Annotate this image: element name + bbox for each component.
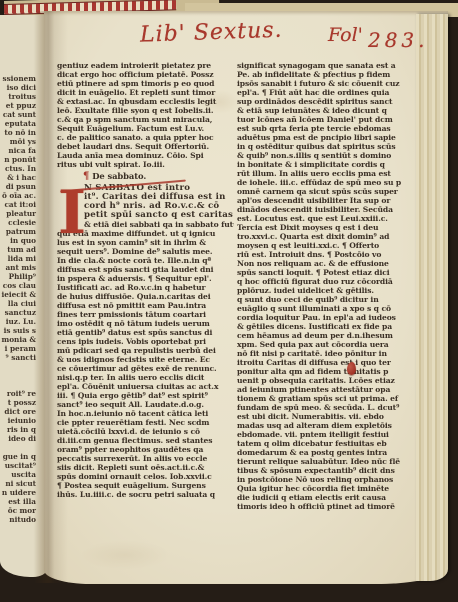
text-line: omnē carnem qa sicut spūs scūs super: [237, 187, 414, 196]
text-line: dicat ergo hoc officium pietatē. Possz: [57, 70, 234, 79]
text-line: [0, 371, 36, 380]
text-line: q sunt duo ceci de quib⁹ dicitur in: [237, 295, 414, 304]
text-line: ris in q: [0, 425, 36, 434]
text-line: q hoc officiū figurat duo ruz cōcordiā: [237, 277, 414, 286]
text-line: roit⁹ re: [0, 389, 36, 398]
text-line: cclesie: [0, 218, 36, 227]
text-line: t possz: [0, 398, 36, 407]
text-line: ideo di: [0, 434, 36, 443]
text-line: ieiunio: [0, 416, 36, 425]
text-line: c.& qa p spm sanctum sunt miracula,: [57, 115, 234, 124]
text-line: in pspera & aduersis. ¶ Sequitur epl'.: [57, 274, 234, 283]
text-line: ssionem: [0, 74, 36, 83]
text-line: de iohele. iii.c. effūdaz de spū meo su …: [237, 178, 414, 187]
text-line: cordia loquitur Pau. in epl'a ad iudeos: [237, 313, 414, 322]
text-line: Non nos reliquam ac. & de effusione: [237, 259, 414, 268]
text-line: est. Locutus est. que est Leui.xxiii.c.: [237, 214, 414, 223]
text-line: diffusa est spūs sancti gtia laudet dni: [57, 265, 234, 274]
text-line: ipsōs sanabit i futuro & sic cōuenit cuz: [237, 79, 414, 88]
text-line: uscitat⁹: [0, 461, 36, 470]
text-line: de huius diffusiōe. Quia.n.caritas dei: [57, 292, 234, 301]
text-line: nica fa: [0, 146, 36, 155]
text-line: i peram: [0, 344, 36, 353]
text-line: & uos idignos fecistis uite eterne. Ec: [57, 355, 234, 364]
text-line: aduētus pma est de pncipio libri sapie: [237, 133, 414, 142]
text-line: dicit in euāgelio. Et repleti sunt timor: [57, 88, 234, 97]
folio: Fol' 283.: [328, 22, 429, 46]
text-line: [0, 380, 36, 389]
text-line: in q ostēditur quibus dat spiritus scūs: [237, 142, 414, 151]
text-line: madas usq ad alteram diem expletōis: [237, 421, 414, 430]
text-line: leō. Exultate filie syon q est Iobelis.i…: [57, 106, 234, 115]
text-line: cos clau: [0, 281, 36, 290]
text-line: Philip⁹: [0, 272, 36, 281]
text-line: fines terr pmissionis tātum coartari: [57, 310, 234, 319]
text-line: est illa: [0, 497, 36, 506]
text-line: cat it:oi: [0, 200, 36, 209]
text-line: pplōruz. iudei uidelicet & gētilis.: [237, 286, 414, 295]
text-line: ō oīa ac.: [0, 191, 36, 200]
text-line: epl'a. Cōuēnit uniuersa ciuitas ac act.x: [57, 382, 234, 391]
text-line: est sub qrta feria pte tercie ebdomas: [237, 124, 414, 133]
text-line: sanctuz: [0, 308, 36, 317]
text-line: ni sicut: [0, 479, 36, 488]
text-line: c. de palitico sanato. a quia ppter hoc: [57, 133, 234, 142]
text-line: In die cla.& nocte corā te. Ille.n.in qª: [57, 256, 234, 265]
text-line: siis dicit. Repleti sunt oēs.act.ii.c.&: [57, 463, 234, 472]
fore-edge-pages: [416, 14, 448, 581]
text-line: sequit uers⁹. Domine de⁹ salutis mee.: [57, 247, 234, 256]
text-line: ebdomade. vii. pntem itelligit festiui: [237, 430, 414, 439]
text-line: rūt illum. In aliis uero ecclis pma est: [237, 169, 414, 178]
text-line: In hoc.n.ieiunio nō tacent cātica leti: [57, 409, 234, 418]
text-line: cie ppter reuerētiam festi. Nec scdm: [57, 418, 234, 427]
text-line: oram⁹ ppter neophitos gaudētes qa: [57, 445, 234, 454]
text-line: ctus. In: [0, 164, 36, 173]
text-line: uenit p obsequia caritatis. Lcōes etiaz: [237, 376, 414, 385]
text-line: imo ostēdit q nō tātum iudeis uerum: [57, 319, 234, 328]
text-line: xpm. Sed quia pax aut cōcordia uera: [237, 340, 414, 349]
text-line: tatem q olim dicebatur festiuitas eb: [237, 439, 414, 448]
red-wax-mark: [347, 362, 356, 375]
text-line: cens ipis iudeis. Vobis oportebat pri: [57, 337, 234, 346]
text-line: uscita: [0, 470, 36, 479]
rubricated-initial-I: I: [58, 184, 84, 242]
text-line: ieiecit &: [0, 290, 36, 299]
text-line: Tercia est Dixit moyses q est i deu: [237, 223, 414, 232]
text-line: iuz. Lu.: [0, 317, 36, 326]
text-line: & quib⁹ non.s.illis q sentiūt s domino: [237, 151, 414, 160]
text-line: is suis s: [0, 326, 36, 335]
text-line: mū pdicari sed qa repulistis uerbū dei: [57, 346, 234, 355]
left-paragraph-1: gentiuz eadem introierit pietatez predic…: [57, 61, 234, 169]
text-line: riū est. Introiuit dns. ¶ Postcōio vo: [237, 250, 414, 259]
text-line: eputata: [0, 119, 36, 128]
text-line: sup ordinādos descēdit spiritus sanct: [237, 97, 414, 106]
text-line: ihūs. Lu.iiii.c. de socru petri saluata …: [57, 490, 234, 499]
text-line: in postcōione Nō uos relinq orphanos: [237, 475, 414, 484]
text-line: tuor lcōnes añ lcōem Daniel' put dcm: [237, 115, 414, 124]
text-line: tionem & gratiam spūs sci ut prima. ef: [237, 394, 414, 403]
running-title: Lib' Sextus.: [140, 17, 291, 47]
text-line: et ppuz: [0, 101, 36, 110]
text-line: itroitu Caritas di diffusa est i quo ter: [237, 358, 414, 367]
text-line: nō fit nisi p caritatē. ideo pōnitur in: [237, 349, 414, 358]
text-line: fundam de spū meo. & secūda. L. dcut⁹: [237, 403, 414, 412]
text-line: in quo: [0, 236, 36, 245]
text-line: spūs sancti loquit. ¶ Potest etiaz dici: [237, 268, 414, 277]
text-line: Sequit Euāgelium. Factum est Lu.v.: [57, 124, 234, 133]
text-line: gentiuz eadem introierit pietatez pre: [57, 61, 234, 70]
text-line: tro.xxvi.c. Quarta est dixit domin⁹ ad: [237, 232, 414, 241]
text-line: apl'os descendit uisibiliter Ita sup or: [237, 196, 414, 205]
text-line: troitus: [0, 92, 36, 101]
text-line: ce cōuertimur ad gētes exē de renunc.: [57, 364, 234, 373]
text-line: dinādos descendit iuisibiliter. Secūda: [237, 205, 414, 214]
text-line: ponitur alta qm ad fidem trinitatis p: [237, 367, 414, 376]
text-line: nisi.q.p ter. In aliis uero ecclis dicit: [57, 373, 234, 382]
text-line: lida mi: [0, 254, 36, 263]
text-line: ⁹ sancti: [0, 353, 36, 362]
text-line: ritus ubi vult spirat. Io.iii.: [57, 160, 234, 169]
text-line: cat sunt: [0, 110, 36, 119]
text-line: Iustificati ac. ad Ro.v.c.in q habetur: [57, 283, 234, 292]
text-line: diffusa est nō pmittit eam Pau.intra: [57, 301, 234, 310]
paragraph-body-lines: & etiā diei sabbati qa in sabbato futur:…: [57, 220, 234, 499]
text-line: sanct⁹ ieo sequit All. Laudate.d.o.g.: [57, 400, 234, 409]
text-line: pleatur: [0, 209, 36, 218]
text-line: ant mis: [0, 263, 36, 272]
text-line: & i hac: [0, 173, 36, 182]
text-line: & etiā sup ieiunātes & ideo dicunt q: [237, 106, 414, 115]
text-line: Quia igitur hec cōcordia fiet iminēte: [237, 484, 414, 493]
left-text-column: gentiuz eadem introierit pietatez predic…: [57, 61, 234, 499]
folio-label: Fol': [328, 24, 363, 46]
text-line: ad ieiunium ptinentes attestātur opa: [237, 385, 414, 394]
text-line: gue in q: [0, 452, 36, 461]
rubric-heading-text: De sabbato.: [92, 171, 146, 181]
text-line: timoris ideo h officiū ptinet ad timorē: [237, 502, 414, 511]
text-line: tierunt relique saluabūtur. Ideo nūc flē: [237, 457, 414, 466]
text-line: spūs domini ornauit celos. Iob.xxvii.c: [57, 472, 234, 481]
text-line: n ponūt: [0, 155, 36, 164]
text-line: tibus & spōsum expectantib⁹ dicit dns: [237, 466, 414, 475]
text-line: domedarum & ea postq gentes intra: [237, 448, 414, 457]
text-line: di.iii.cm genua flectimus. sed stantes: [57, 436, 234, 445]
text-line: uietā.cōcilū lxxvi.d. de ieiunio s cō: [57, 427, 234, 436]
text-line: iso dici: [0, 83, 36, 92]
text-line: ¶ Postea sequit euāgelium. Surgens: [57, 481, 234, 490]
text-line: epl'a. ¶ Fiūt aūt hac die ordines quia: [237, 88, 414, 97]
text-line: etiū ptinere ad spm timoris p eo quod: [57, 79, 234, 88]
text-line: debet laudari dns. Sequit Offertoriū.: [57, 142, 234, 151]
text-line: lla ciui: [0, 299, 36, 308]
book-photo: ssionemiso dicitroituset ppuzcat suntepu…: [0, 0, 458, 602]
text-line: dict ore: [0, 407, 36, 416]
text-line: tum ad: [0, 245, 36, 254]
text-line: peccatis surrexerūt. In aliis vo eccle: [57, 454, 234, 463]
text-line: in bonitate & i simplicitate cordis q: [237, 160, 414, 169]
text-line: euāglio q sunt illuminati a xpo s q cō: [237, 304, 414, 313]
text-line: monia &: [0, 335, 36, 344]
text-line: mōi ys: [0, 137, 36, 146]
text-line: to nō in: [0, 128, 36, 137]
text-line: etiā gentib⁹ datus est spūs sanctus di: [57, 328, 234, 337]
text-line: significat synagogam que sanata est a: [237, 61, 414, 70]
text-line: Lauda anīa mea dominuz. Cōio. Spi: [57, 151, 234, 160]
right-text-column: significat synagogam que sanata est aPe.…: [237, 61, 414, 511]
text-line: ōc mor: [0, 506, 36, 515]
text-line: & gētiles dicens. Iustificati ex fide pa: [237, 322, 414, 331]
text-line: cem hēamus ad deum per d.n.ihesum: [237, 331, 414, 340]
text-line: iii. ¶ Quia ergo gētib⁹ dat⁹ est spirit⁹: [57, 391, 234, 400]
text-line: patrum: [0, 227, 36, 236]
text-line: n uidere: [0, 488, 36, 497]
text-line: nitudo: [0, 515, 36, 524]
text-line: [0, 443, 36, 452]
text-line: Pe. ab infidelitate & pfectius p fidem: [237, 70, 414, 79]
text-line: di psun: [0, 182, 36, 191]
text-line: [0, 362, 36, 371]
folio-number: 283.: [368, 28, 429, 52]
text-line: die iudicii q etiam electis erit causa: [237, 493, 414, 502]
text-line: moysen q est leuiti.xxi.c. ¶ Offerto: [237, 241, 414, 250]
text-line: est ubi dicit. Numerabitis. vii. ebdo: [237, 412, 414, 421]
text-line: & extasi.ac. In qbusdam ecclesiis legit: [57, 97, 234, 106]
